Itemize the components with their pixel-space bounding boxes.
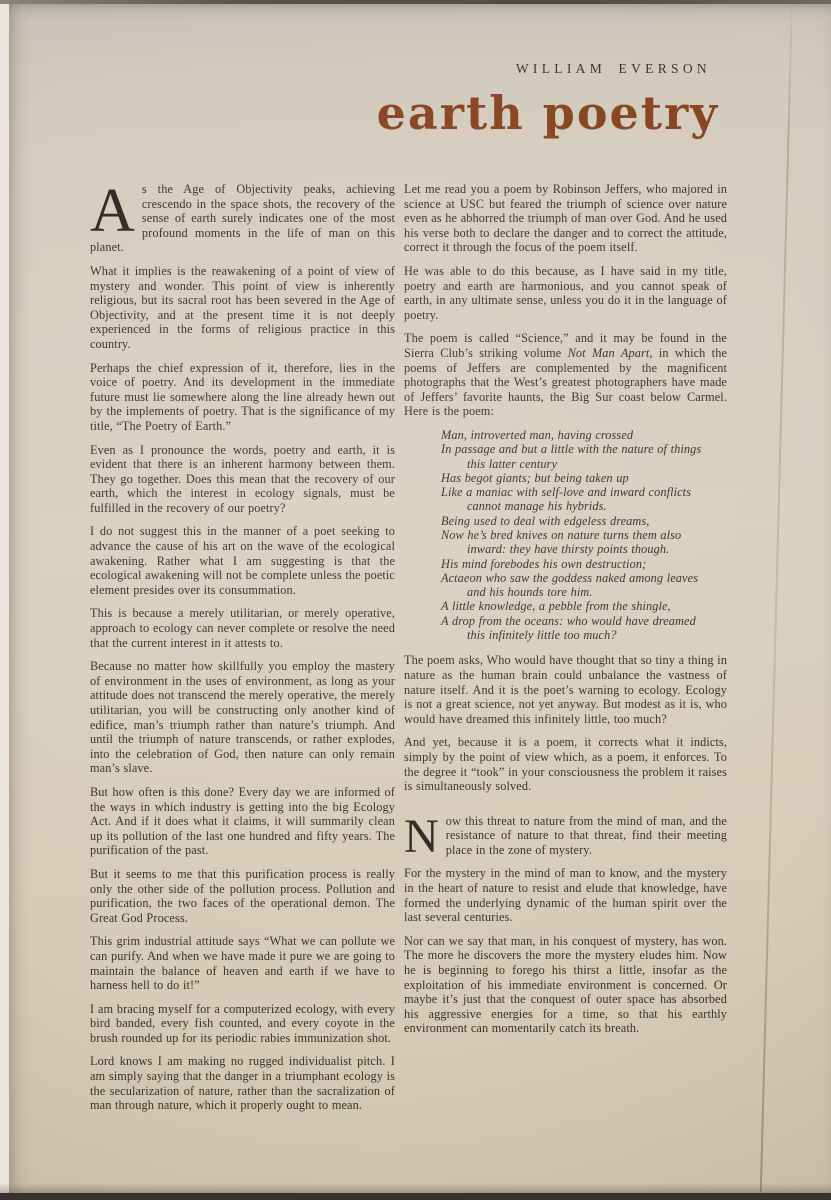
poem-line: A drop from the oceans: who would have d… xyxy=(441,614,727,628)
paragraph: Even as I pronounce the words, poetry an… xyxy=(90,443,395,516)
paragraph: What it implies is the reawakening of a … xyxy=(90,264,395,352)
poem-line: Now he’s bred knives on nature turns the… xyxy=(441,528,727,542)
paragraph-science: The poem is called “Science,” and it may… xyxy=(404,331,727,419)
drop-cap-a: A xyxy=(90,182,142,239)
magazine-page: WILLIAM EVERSON earth poetry As the Age … xyxy=(9,0,831,1193)
paragraph: But how often is this done? Every day we… xyxy=(90,785,395,858)
article-body: As the Age of Objectivity peaks, achievi… xyxy=(90,182,727,1122)
left-column: As the Age of Objectivity peaks, achievi… xyxy=(90,182,395,1122)
paragraph: Let me read you a poem by Robinson Jeffe… xyxy=(404,182,727,255)
paragraph: Nor can we say that man, in his conquest… xyxy=(404,934,727,1036)
article-title: earth poetry xyxy=(377,90,719,136)
paragraph: This grim industrial attitude says “What… xyxy=(90,934,395,992)
paragraph: I do not suggest this in the manner of a… xyxy=(90,524,395,597)
paragraph-section2-opening: Now this threat to nature from the mind … xyxy=(404,814,727,858)
poem-line: In passage and but a little with the nat… xyxy=(441,442,727,456)
page-bottom-shadow xyxy=(0,1183,831,1193)
page-fold-line xyxy=(760,0,793,1193)
paragraph: The poem asks, Who would have thought th… xyxy=(404,653,727,726)
jeffers-poem: Man, introverted man, having crossed In … xyxy=(441,428,727,642)
paragraph: I am bracing myself for a computerized e… xyxy=(90,1002,395,1046)
paragraph: Because no matter how skillfully you emp… xyxy=(90,659,395,776)
poem-line: Being used to deal with edgeless dreams, xyxy=(441,514,727,528)
poem-line: inward: they have thirsty points though. xyxy=(441,542,727,556)
poem-line: Man, introverted man, having crossed xyxy=(441,428,727,442)
author-name: WILLIAM EVERSON xyxy=(516,61,711,77)
drop-cap-n: N xyxy=(404,814,446,858)
poem-line: Like a maniac with self-love and inward … xyxy=(441,485,727,499)
photo-background: WILLIAM EVERSON earth poetry As the Age … xyxy=(0,0,831,1200)
paragraph: But it seems to me that this purificatio… xyxy=(90,867,395,925)
page-bottom-edge xyxy=(0,1193,831,1200)
paragraph: Lord knows I am making no rugged individ… xyxy=(90,1054,395,1112)
poem-line: His mind forebodes his own destruction; xyxy=(441,557,727,571)
paragraph: He was able to do this because, as I hav… xyxy=(404,264,727,322)
poem-line: cannot manage his hybrids. xyxy=(441,499,727,513)
page-top-edge xyxy=(0,0,831,4)
paragraph: This is because a merely utilitarian, or… xyxy=(90,606,395,650)
paragraph: And yet, because it is a poem, it correc… xyxy=(404,735,727,793)
paragraph: Perhaps the chief expression of it, ther… xyxy=(90,361,395,434)
poem-line: and his hounds tore him. xyxy=(441,585,727,599)
paragraph: For the mystery in the mind of man to kn… xyxy=(404,866,727,924)
poem-line: this latter century xyxy=(441,457,727,471)
book-title: Not Man Apart xyxy=(568,346,650,360)
section2-opening-text: ow this threat to nature from the mind o… xyxy=(446,814,727,857)
right-column: Let me read you a poem by Robinson Jeffe… xyxy=(404,182,727,1122)
poem-line: this infinitely little too much? xyxy=(441,628,727,642)
paragraph-opening: As the Age of Objectivity peaks, achievi… xyxy=(90,182,395,255)
poem-line: Actaeon who saw the goddess naked among … xyxy=(441,571,727,585)
poem-line: A little knowledge, a pebble from the sh… xyxy=(441,599,727,613)
poem-line: Has begot giants; but being taken up xyxy=(441,471,727,485)
